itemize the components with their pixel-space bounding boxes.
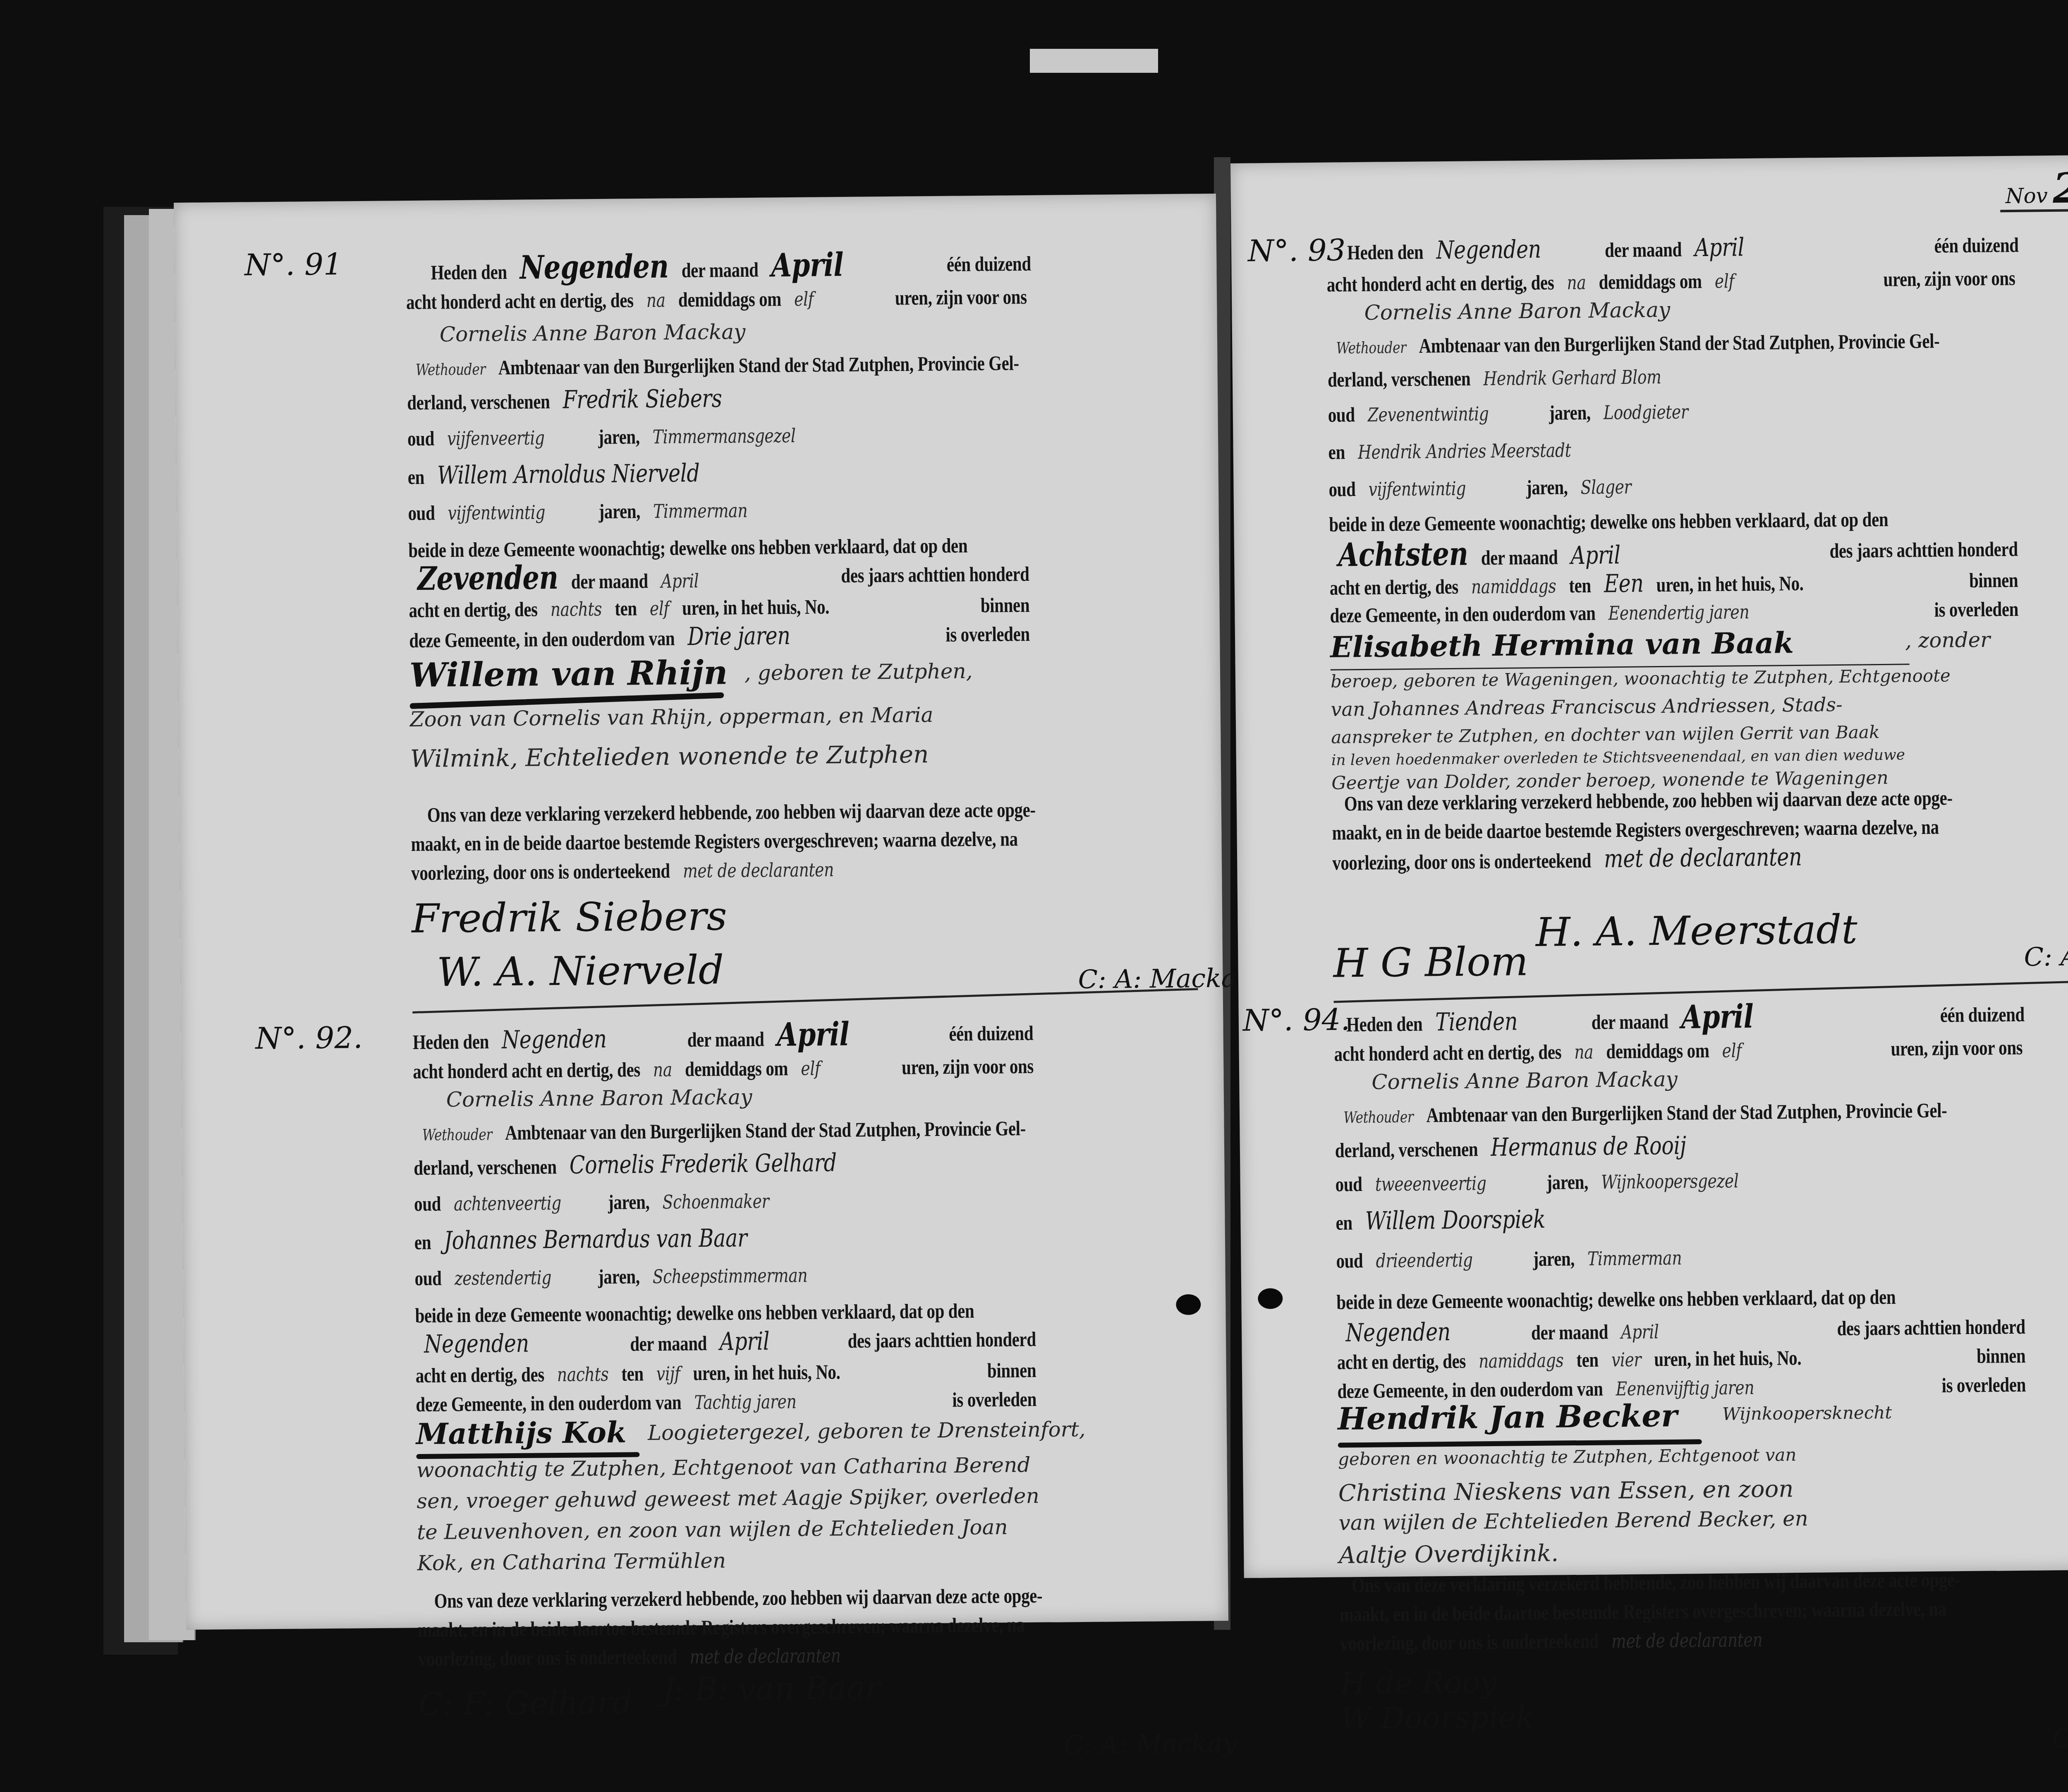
- entry-number: N°. 92.: [255, 1020, 363, 1056]
- left-page: N°. 91 Heden den Negenden der maand Apri…: [174, 194, 1228, 1630]
- signature: C: F: Gelhard: [418, 1684, 632, 1723]
- registrar-signature: C: A: Mackay: [2024, 940, 2068, 972]
- entry-number: N°. 91: [244, 247, 342, 282]
- day-field: Negenden: [511, 247, 677, 287]
- month-field: April: [762, 246, 852, 285]
- registrar-signature: C: A: Mackay: [2052, 1722, 2068, 1754]
- signature: W. A. Nierveld: [437, 946, 724, 995]
- entry-91: N°. 91 Heden den Negenden der maand Apri…: [174, 218, 1216, 228]
- death-day: Zevenden: [409, 559, 567, 598]
- deceased-name: Hendrik Jan Becker: [1338, 1398, 1678, 1437]
- deceased-name: Elisabeth Hermina van Baak: [1330, 625, 1794, 664]
- hour-field: elf: [785, 287, 823, 310]
- registrar-signature: C: A: Mackay: [1064, 1728, 1237, 1760]
- signature: J: B: van Baar: [662, 1669, 881, 1708]
- right-page: Nov 24° Folio. N°. 93 Heden den Negenden…: [1230, 154, 2068, 1578]
- entry-number: N°. 93: [1248, 232, 1346, 268]
- entry-93: N°. 93 Heden den Negenden der maand Apri…: [1231, 204, 2068, 213]
- signature: Fredrik Siebers: [412, 893, 728, 942]
- official-name: Cornelis Anne Baron Mackay: [440, 320, 746, 346]
- declarant1-name: Fredrik Siebers: [554, 384, 731, 414]
- folio-number: Nov 24° Folio.: [2005, 163, 2068, 213]
- archive-label-strip: [1030, 49, 1158, 73]
- ink-blot: [1176, 1294, 1201, 1315]
- signature: W Doorspiek: [1340, 1699, 1534, 1736]
- deceased-name: Matthijs Kok: [416, 1415, 627, 1451]
- signature: H de Rooy: [1340, 1665, 1497, 1701]
- entry-number: N°. 94.: [1242, 1002, 1350, 1037]
- signature: H. A. Meerstadt: [1535, 906, 1857, 956]
- signature: H G Blom: [1333, 938, 1529, 987]
- deceased-name: Willem van Rhijn: [409, 653, 728, 695]
- declarant2-name: Willem Arnoldus Nierveld: [428, 459, 708, 490]
- ink-blot: [1258, 1288, 1283, 1309]
